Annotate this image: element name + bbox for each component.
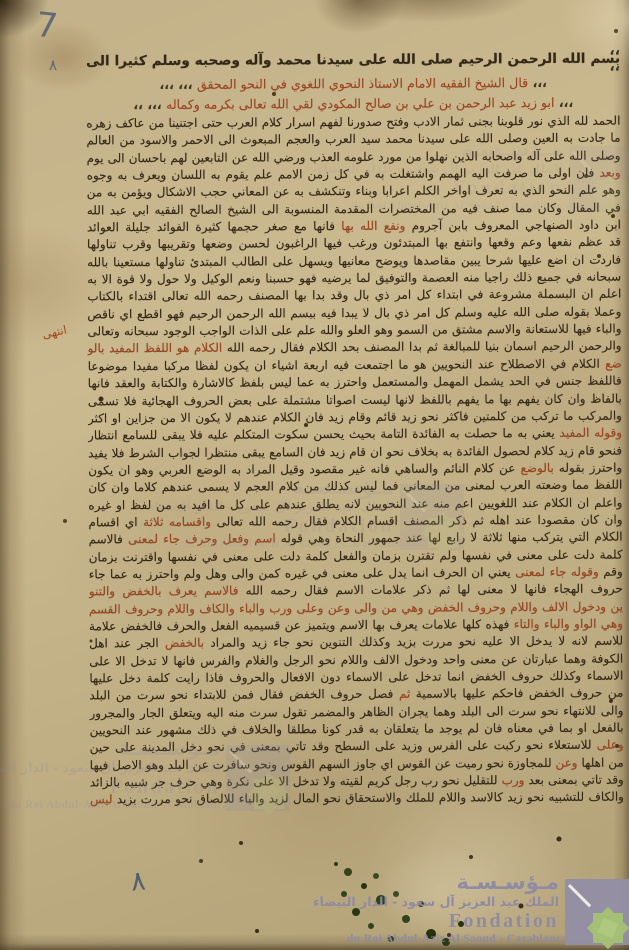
basmala-line: بسم الله الرحمن الرحيم صلى الله على سيدن… <box>86 47 620 76</box>
foundation-star-icon <box>247 772 291 816</box>
mold-stains <box>334 862 338 866</box>
diagonal-line-icon <box>572 151 595 174</box>
matn-quote-text: فالاسم يعرف بالخفض والتنو <box>89 584 239 599</box>
commentary-text: فنحو قام زيد كلام لحصول الفائدة به بخلاف… <box>88 443 622 460</box>
foundation-logo-square-icon <box>565 879 629 945</box>
commentary-text: الكوفة وهما عبارتان عن معنى واحد ودخول ا… <box>89 651 623 668</box>
foundation-watermark: مـؤسـسـة الملك عبد العزيز آل سعود - الدا… <box>361 871 629 950</box>
matn-quote-text: ورب <box>502 773 525 787</box>
commentary-text: من اهلها <box>578 755 624 769</box>
foundation-line-arabic: الملك عبد العزيز آل سعود - الدار البيضاء <box>347 894 559 910</box>
matn-quote-text: ين ودخول الالف واللام وحروف الخفض وهي من… <box>89 599 623 616</box>
pencil-folio-number-top: ٨ <box>49 56 57 74</box>
manuscript-line: وقوله المفيد يعني به ما حصلت به الفائدة … <box>88 425 622 445</box>
commentary-text: سبحانه في جميع ذلك راجيا منه العصمة والت… <box>87 270 621 287</box>
commentary-text: والى للانتهاء نحو سرت الى البلد وهما يجر… <box>89 703 623 720</box>
foundation-name-french: Fondation <box>351 177 563 199</box>
margin-note: انتهى <box>41 323 68 342</box>
foundation-line-french: du Roi Abdul-Aziz Al Saoud - Casablanca <box>182 537 394 551</box>
commentary-text: فهذه كلها علامات يعرف بها الاسم ويتميز ع… <box>89 617 514 633</box>
matn-quote-text: ونفع الله بها <box>341 219 405 233</box>
commentary-text: الكلام في الاصطلاح عند النحويين هو ما اج… <box>88 357 605 374</box>
matn-quote-text: وعن <box>555 756 577 770</box>
manuscript-lines: الحمد لله الذي نور قلوبنا بجنى ثمار الاد… <box>86 113 624 810</box>
commentary-text: وقد تاتي بمعنى بعد <box>524 773 623 788</box>
matn-quote-text: وقوله المفيد <box>559 426 622 440</box>
ornament-marks: ،،، <box>554 95 573 110</box>
foundation-star-icon <box>586 906 629 950</box>
commentary-text: بالفعل او بما في معناه فان لم يوجد ما يت… <box>90 721 624 738</box>
manuscript-scan: 7 ٨ ٨ انتهى ،، ،، بسم الله الرحمن الرحيم… <box>0 0 629 950</box>
commentary-text: والمركب ما تركب من كلمتين فاكثر نحو زيد … <box>88 408 622 425</box>
ornament-marks: ،،، ،،، <box>159 77 197 92</box>
matn-quote-text: الكلام هو اللفظ المفيد بالو <box>88 341 223 356</box>
commentary-text: ابن داود الصنهاجي المعروف بابن آجروم <box>405 218 621 233</box>
foundation-name-arabic: مـؤسـسـة <box>351 138 563 161</box>
matn-quote-text: ابو زيد عبد الرحمن بن علي بن صالح المكود… <box>166 95 554 112</box>
commentary-text: حروف الهجاء فانها لا معنى لها ثم ذكر علا… <box>238 582 622 598</box>
manuscript-header-line: ،،، ابو زيد عبد الرحمن بن علي بن صالح ال… <box>86 93 620 116</box>
manuscript-header-line: ،،، قال الشيخ الفقيه الامام الاستاذ النح… <box>86 73 620 96</box>
foundation-name-french: Fondation <box>8 776 220 798</box>
pencil-folio-number-bottom: ٨ <box>130 865 147 897</box>
manuscript-line: حروف الهجاء فانها لا معنى لها ثم ذكر علا… <box>89 581 623 601</box>
foundation-name-french: Fondation <box>347 910 559 932</box>
commentary-text: من حروف الخفض فاحكم عليها بالاسمية <box>410 686 623 701</box>
foundation-name-arabic: مـؤسـسـة <box>347 871 559 894</box>
matn-quote-text: وهي الواو والباء والتاء <box>514 617 623 632</box>
foundation-star-icon <box>590 173 629 217</box>
ink-specks <box>0 0 2 2</box>
foundation-name-arabic: مـؤسـسـة <box>182 476 394 499</box>
foundation-line-french: du Roi Abdul-Aziz Al Saoud - Casablanca <box>351 199 563 213</box>
commentary-text: فالاسم <box>89 532 129 546</box>
commentary-text: للاسم لانه لا يدخل الا عليه نحو مررت بزي… <box>204 634 623 650</box>
matn-quote-text: ثم <box>399 687 410 701</box>
matn-quote-text: ضع <box>605 356 622 370</box>
pencil-folio-mark: 7 <box>34 5 60 47</box>
foundation-name-arabic: مـؤسـسـة <box>8 737 220 760</box>
foundation-line-arabic: الملك عبد العزيز آل سعود - الدار البيضاء <box>182 499 394 515</box>
diagonal-line-icon <box>568 884 591 907</box>
diagonal-line-icon <box>229 750 252 773</box>
foundation-logo-square-icon <box>400 484 464 550</box>
commentary-text: والرحمن الرحيم اسمان بنيا للمبالغة ثم بد… <box>222 339 621 355</box>
manuscript-line: فاللفظ جنس في الحد يشمل المهمل والمستعمل… <box>88 373 622 393</box>
matn-quote-text: وقوله جاء لمعنى <box>515 565 599 579</box>
matn-quote-text: قال الشيخ الفقيه الامام الاستاذ النحوي ا… <box>197 75 528 92</box>
foundation-line-french: du Roi Abdul-Aziz Al Saoud - Casablanca <box>8 798 220 812</box>
matn-quote-text: بالوضع <box>520 461 554 475</box>
foundation-watermark-faint-top: مـؤسـسـة الملك عبد العزيز آل سعود - الدا… <box>365 138 629 217</box>
foundation-star-icon <box>421 511 465 555</box>
ornament-marks: ،،، <box>528 75 547 90</box>
foundation-watermark-faint-bottom-left: مـؤسـسـة الملك عبد العزيز آل سعود - الدا… <box>22 737 290 816</box>
foundation-logo-square-icon <box>226 745 290 811</box>
commentary-text: وقم <box>599 565 623 579</box>
commentary-text: فانها مع صغر حجمها كثيرة الفوائد جليلة ا… <box>87 219 341 234</box>
matn-quote-text: وعلى <box>597 738 624 752</box>
foundation-name-french: Fondation <box>182 515 394 537</box>
commentary-text: فاردت ان اضع عليها شرحا يبين مقاصدها ويو… <box>87 252 621 269</box>
ornament-marks: ،،، ،، <box>133 97 166 112</box>
ornament-marks-top: ،، ،، <box>606 43 620 75</box>
foundation-line-arabic: الملك عبد العزيز آل سعود - الدار البيضاء <box>351 161 563 177</box>
foundation-line-french: du Roi Abdul-Aziz Al Saoud - Casablanca <box>347 932 559 946</box>
commentary-text: واحترز بقوله <box>554 460 622 474</box>
manuscript-header-lines: ،،، قال الشيخ الفقيه الامام الاستاذ النح… <box>86 73 620 116</box>
diagonal-line-icon <box>403 489 426 512</box>
commentary-text: الجر عند اهل <box>89 636 165 650</box>
foundation-logo-square-icon <box>569 146 629 212</box>
matn-quote-text: بالخفض <box>165 636 204 650</box>
foundation-line-arabic: الملك عبد العزيز آل سعود - الدار البيضاء <box>8 760 220 776</box>
commentary-text: والباء فيها للاستعانة والاسم مشتق من الس… <box>87 322 621 339</box>
foundation-watermark-faint-middle: مـؤسـسـة الملك عبد العزيز آل سعود - الدا… <box>196 476 464 555</box>
commentary-text: اي اقسام <box>88 515 143 529</box>
commentary-text: فصل حروف الخفض فقال فمن للابتداء نحو سرت… <box>89 687 399 703</box>
commentary-text: قد عظم نفعها وعم وقعها وانتفع بها المبتد… <box>87 235 621 252</box>
